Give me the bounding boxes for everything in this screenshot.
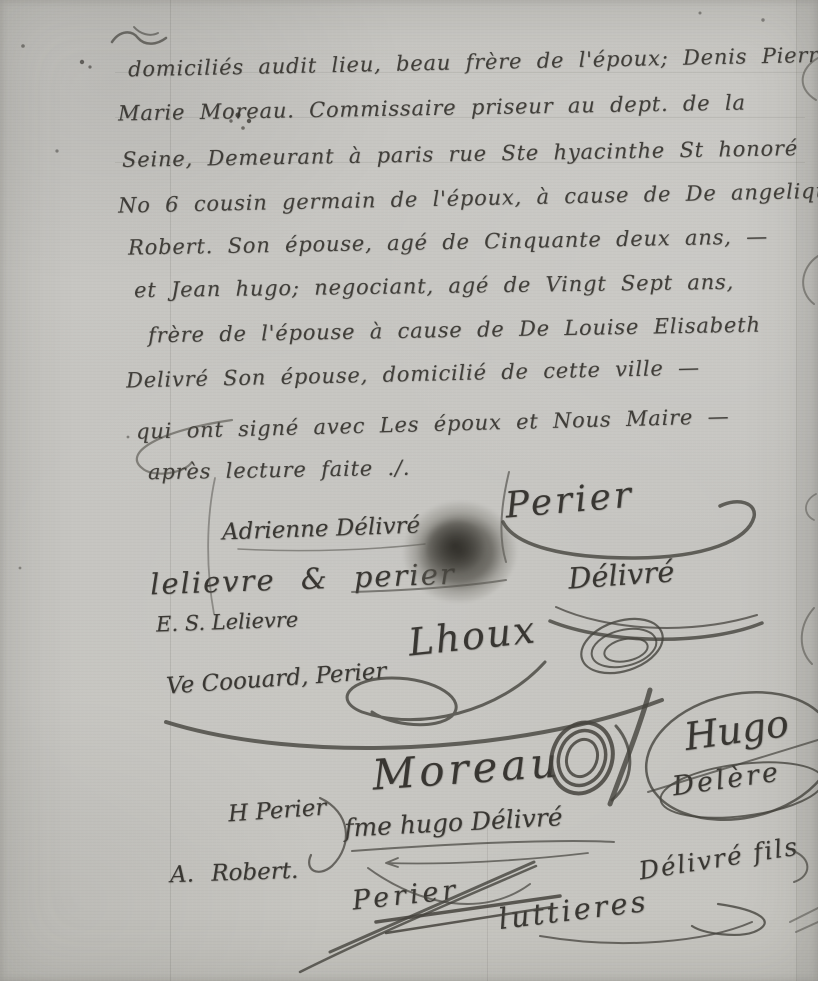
signature-delivre-right: Délivré	[567, 554, 675, 595]
flourish-lhoux-scribble	[574, 609, 669, 683]
signature-delivre-under-hugo: Delère	[670, 757, 782, 803]
flourish-adrienne-tail	[238, 544, 425, 551]
flourish-delivre-underline	[556, 607, 757, 628]
manuscript-line-6: et Jean hugo; negociant, agé de Vingt Se…	[134, 270, 734, 302]
signature-h-perier: H Perier	[227, 795, 327, 828]
ink-speck	[21, 44, 25, 48]
signature-adrienne-delivre: Adrienne Délivré	[222, 513, 421, 546]
signature-es-lelievre: E. S. Lelievre	[156, 608, 299, 637]
flourish-luttieres-tail	[692, 904, 765, 935]
manuscript-page: domiciliés audit lieu, beau frère de l'é…	[0, 0, 818, 981]
signature-delivre-fils: Délivré fils	[637, 832, 801, 886]
manuscript-line-2: Marie Moreau. Commissaire priseur au dep…	[118, 91, 746, 126]
flourish-moreau-blob	[561, 735, 602, 781]
signature-hugo: Hugo	[681, 701, 791, 759]
signature-perier-bottom: Perier	[351, 874, 461, 916]
manuscript-line-9: qui ont signé avec Les époux et Nous Mai…	[136, 404, 730, 444]
signature-perier-top: Perier	[503, 474, 635, 526]
bottom-crease-line	[487, 828, 488, 981]
ink-speck	[127, 436, 130, 439]
manuscript-line-3: Seine, Demeurant à paris rue Ste hyacint…	[122, 136, 798, 172]
flourish-lhoux-scribble	[588, 623, 661, 674]
flourish-delivre-underline	[550, 621, 762, 639]
flourish-coouard-swoosh	[166, 700, 662, 748]
flourish-fme-underline	[352, 841, 614, 851]
right-page-edge-strip	[797, 0, 818, 981]
flourish-lhoux-scribble	[602, 635, 650, 666]
manuscript-line-1: domiciliés audit lieu, beau frère de l'é…	[128, 43, 818, 82]
stray-mark-stroke	[112, 32, 166, 43]
manuscript-line-7: frère de l'épouse à cause de De Louise E…	[148, 313, 761, 348]
ink-speck	[19, 567, 22, 570]
manuscript-line-5: Robert. Son épouse, agé de Cinquante deu…	[128, 224, 768, 259]
ink-speck	[699, 12, 702, 15]
signature-lhoux: Lhoux	[406, 607, 538, 664]
ink-speck	[88, 65, 91, 68]
ink-speck	[55, 149, 58, 152]
signature-moreau: Moreau	[371, 737, 563, 799]
flourish-hugo-oval	[634, 676, 818, 837]
ink-speck	[241, 126, 245, 130]
flourish-tall-slash	[610, 690, 650, 804]
manuscript-line-4: No 6 cousin germain de l'époux, à cause …	[118, 178, 818, 217]
stray-mark-stroke	[134, 27, 158, 35]
signature-coouard-perier: Ve Coouard, Perier	[165, 658, 387, 699]
flourish-moreau-tail	[612, 726, 630, 800]
ink-speck	[80, 60, 84, 64]
ink-blot-core	[424, 518, 486, 574]
signature-luttieres: luttieres	[496, 884, 650, 936]
ink-blot-stamp	[402, 500, 518, 604]
ink-speck	[761, 18, 764, 21]
manuscript-line-8: Delivré Son épouse, domicilié de cette v…	[126, 355, 700, 392]
signature-fme-hugo-delivre: fme hugo Délivré	[343, 802, 563, 842]
signature-a-robert: A. Robert.	[170, 858, 299, 888]
manuscript-line-10: après lecture faite ./.	[148, 456, 411, 485]
